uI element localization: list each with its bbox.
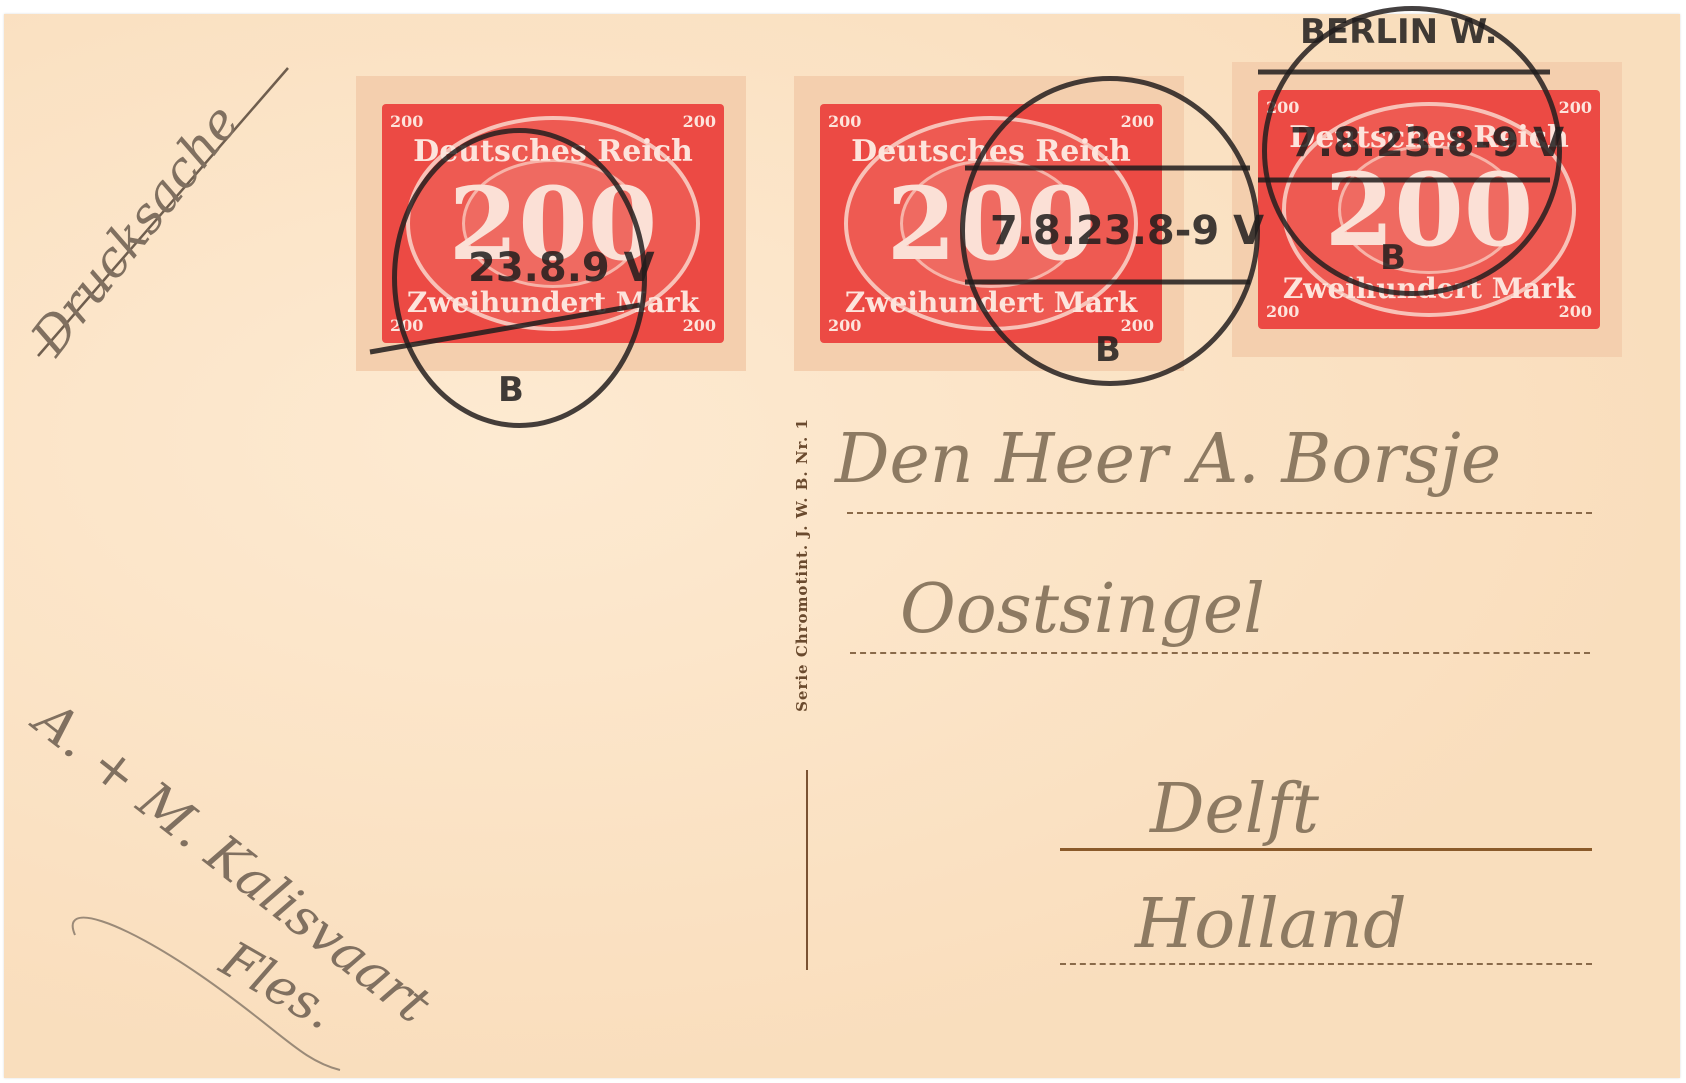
recipient-line-2: Oostsingel <box>900 570 1265 649</box>
postmark-lines <box>0 0 1686 1083</box>
address-line-1 <box>847 512 1592 514</box>
recipient-line-4: Holland <box>1135 885 1407 964</box>
printed-series-text: Serie Chromotint. J. W. B. Nr. 1 <box>787 360 817 770</box>
center-divider <box>806 770 808 970</box>
address-line-3 <box>1060 848 1592 851</box>
recipient-line-1: Den Heer A. Borsje <box>835 420 1501 499</box>
recipient-line-3: Delft <box>1150 770 1319 849</box>
address-line-2 <box>850 652 1590 654</box>
